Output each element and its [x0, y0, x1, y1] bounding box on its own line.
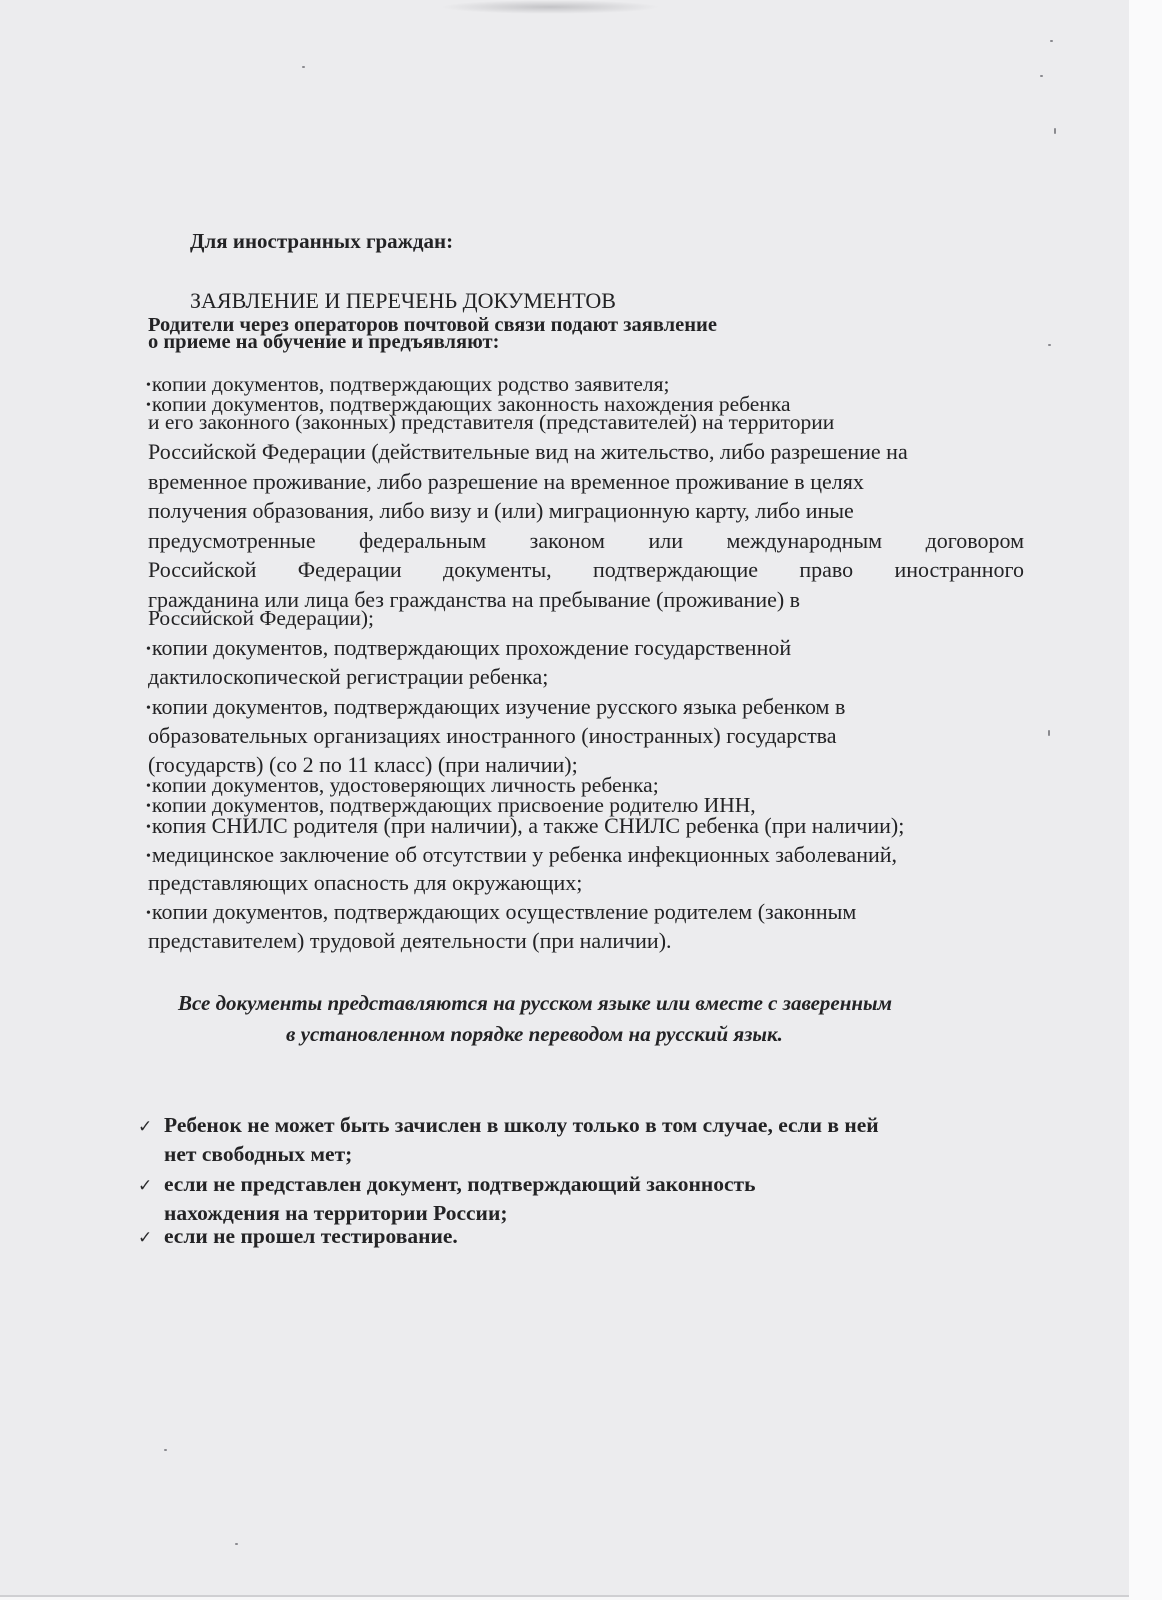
- document-title: ЗАЯВЛЕНИЕ И ПЕРЕЧЕНЬ ДОКУМЕНТОВ: [190, 289, 616, 313]
- refusal-reason-no-test: ✓ если не прошел тестирование.: [164, 1224, 458, 1248]
- bullet-icon: •: [146, 697, 151, 721]
- bullet-icon: •: [146, 902, 151, 926]
- scan-speck: [1054, 128, 1056, 134]
- list-item-line: Российской Федерации);: [148, 609, 374, 627]
- list-item-snils: •копия СНИЛС родителя (при наличии), а т…: [146, 814, 904, 840]
- refusal-reason-line: нет свободных мет;: [164, 1142, 352, 1166]
- scan-speck: [1040, 75, 1043, 77]
- scan-speck: [1050, 40, 1053, 42]
- list-item-fingerprint: •копии документов, подтверждающих прохож…: [146, 636, 791, 662]
- list-item-line: временное проживание, либо разрешение на…: [148, 470, 864, 494]
- list-item-line: и его законного (законных) представителя…: [148, 413, 834, 431]
- bullet-icon: •: [146, 638, 151, 662]
- bullet-icon: •: [146, 377, 151, 395]
- scan-smudge: [440, 0, 660, 14]
- scan-speck: [235, 1543, 238, 1545]
- list-item-line: Российской Федерации документы, подтверж…: [148, 558, 1024, 582]
- language-note: Все документы представляются на русском …: [178, 991, 892, 1015]
- list-item-line: представляющих опасность для окружающих;: [148, 871, 582, 895]
- list-item-medical: •медицинское заключение об отсутствии у …: [146, 843, 897, 869]
- scan-speck: [1048, 344, 1051, 346]
- bullet-icon: •: [146, 845, 151, 869]
- checkmark-icon: ✓: [138, 1226, 152, 1250]
- list-item-line: предусмотренные федеральным законом или …: [148, 529, 1024, 553]
- refusal-reason-line: нахождения на территории России;: [164, 1201, 508, 1225]
- refusal-reason-no-places: ✓ Ребенок не может быть зачислен в школу…: [164, 1113, 879, 1137]
- scan-speck: [302, 66, 305, 68]
- refusal-reason-no-legal-doc: ✓ если не представлен документ, подтверж…: [164, 1172, 755, 1196]
- scan-speck: [1048, 730, 1050, 736]
- scan-speck: [164, 1449, 167, 1451]
- bullet-icon: •: [146, 816, 151, 840]
- bullet-icon: •: [146, 778, 151, 796]
- language-note: в установленном порядке переводом на рус…: [286, 1022, 783, 1046]
- list-item-line: Российской Федерации (действительные вид…: [148, 440, 908, 464]
- scan-margin-strip: [1129, 0, 1162, 1600]
- intro-line: о приеме на обучение и предъявляют:: [148, 331, 499, 353]
- list-item-line: дактилоскопической регистрации ребенка;: [148, 665, 548, 689]
- page-bottom-edge: [0, 1595, 1129, 1597]
- list-item-line: образовательных организациях иностранног…: [148, 724, 837, 748]
- checkmark-icon: ✓: [138, 1115, 152, 1139]
- list-item-line: получения образования, либо визу и (или)…: [148, 499, 854, 523]
- list-item-employment: •копии документов, подтверждающих осущес…: [146, 900, 856, 926]
- section-heading: Для иностранных граждан:: [190, 229, 453, 253]
- list-item-russian-study: •копии документов, подтверждающих изучен…: [146, 695, 845, 721]
- list-item-line: представителем) трудовой деятельности (п…: [148, 929, 672, 953]
- checkmark-icon: ✓: [138, 1174, 152, 1198]
